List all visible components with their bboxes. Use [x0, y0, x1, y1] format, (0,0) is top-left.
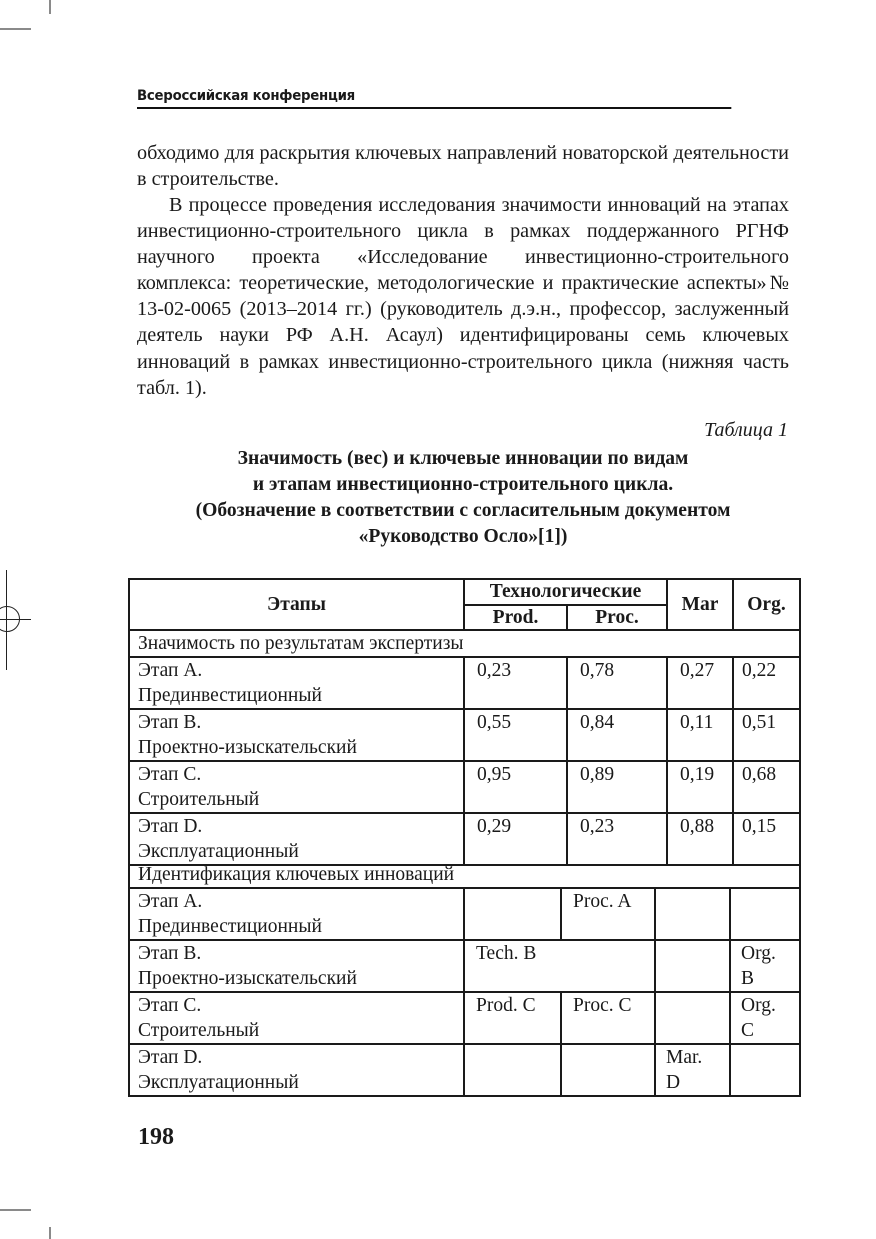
mar-innovation	[655, 940, 730, 992]
stage-label: Этап D.	[138, 814, 455, 839]
proc-innovation: Proc. C	[561, 992, 655, 1044]
prod-innovation: Prod. C	[464, 992, 561, 1044]
stage-cell: Этап С.Строительный	[129, 761, 464, 813]
running-head: Всероссийская конференция	[137, 88, 731, 109]
stage-label: Этап С.	[138, 993, 455, 1018]
caption-line: и этапам инвестиционно-строительного цик…	[128, 472, 798, 498]
org-innovation: Org.B	[730, 940, 800, 992]
stage-label: Этап В.	[138, 941, 455, 966]
stage-name: Строительный	[138, 1018, 455, 1043]
stage-label: Этап D.	[138, 1045, 455, 1070]
paragraph-continuation: обходимо для раскрытия ключевых направле…	[137, 140, 789, 192]
table-row: Этап А.Прединвестиционный 0,23 0,78 0,27…	[129, 657, 800, 709]
stage-cell: Этап В.Проектно-изыскательский	[129, 940, 464, 992]
org-label: Org.	[741, 993, 791, 1018]
org-innovation	[730, 1044, 800, 1096]
table-row: Этап D.Эксплуатационный Mar.D	[129, 1044, 800, 1096]
stage-cell: Этап А.Прединвестиционный	[129, 657, 464, 709]
org-value: 0,51	[733, 709, 800, 761]
stage-name: Прединвестиционный	[138, 683, 455, 708]
section-title-innovations: Идентификация ключевых инноваций	[129, 862, 800, 888]
innovations-table: Идентификация ключевых инноваций Этап А.…	[128, 862, 801, 1097]
stage-name: Эксплуатационный	[138, 839, 455, 864]
table-row: Этап В.Проектно-изыскательский 0,55 0,84…	[129, 709, 800, 761]
org-label: Org.	[741, 941, 791, 966]
header-stages: Этапы	[129, 579, 464, 630]
stage-cell: Этап А.Прединвестиционный	[129, 888, 464, 940]
prod-value: 0,95	[464, 761, 567, 813]
stage-name: Эксплуатационный	[138, 1070, 455, 1095]
registration-mark-vertical	[6, 570, 7, 670]
table-row: Этап С.Строительный 0,95 0,89 0,19 0,68	[129, 761, 800, 813]
significance-table: Этапы Технологические Mar Org. Prod. Pro…	[128, 578, 801, 866]
registration-mark-horizontal	[0, 619, 31, 620]
proc-value: 0,84	[567, 709, 667, 761]
org-value: 0,68	[733, 761, 800, 813]
org-value: 0,15	[733, 813, 800, 865]
table-row: Этап А.Прединвестиционный Proc. A	[129, 888, 800, 940]
mar-innovation	[655, 888, 730, 940]
org-innovation: Org.C	[730, 992, 800, 1044]
header-org: Org.	[733, 579, 800, 630]
mar-value: 0,19	[667, 761, 733, 813]
stage-label: Этап В.	[138, 710, 455, 735]
proc-innovation	[561, 1044, 655, 1096]
org-stage: B	[741, 966, 791, 991]
caption-line: «Руководство Осло»[1])	[128, 524, 798, 550]
section-row: Значимость по результатам экспертизы	[129, 630, 800, 657]
proc-innovation: Proc. A	[561, 888, 655, 940]
header-technological: Технологические	[464, 579, 667, 605]
table-caption: Значимость (вес) и ключевые инновации по…	[128, 446, 798, 550]
proc-value: 0,78	[567, 657, 667, 709]
prod-innovation	[464, 1044, 561, 1096]
org-innovation	[730, 888, 800, 940]
caption-line: Значимость (вес) и ключевые инновации по…	[128, 446, 798, 472]
paragraph-research: В процессе проведения исследования значи…	[137, 192, 789, 401]
crop-mark-top	[49, 0, 51, 14]
mar-value: 0,11	[667, 709, 733, 761]
mar-innovation: Mar.D	[655, 1044, 730, 1096]
proc-value: 0,89	[567, 761, 667, 813]
stage-name: Строительный	[138, 787, 455, 812]
stage-cell: Этап С.Строительный	[129, 992, 464, 1044]
stage-label: Этап А.	[138, 889, 455, 914]
stage-label: Этап А.	[138, 658, 455, 683]
org-stage: C	[741, 1018, 791, 1043]
proc-value: 0,23	[567, 813, 667, 865]
stage-name: Проектно-изыскательский	[138, 735, 455, 760]
section-row: Идентификация ключевых инноваций	[129, 862, 800, 888]
org-value: 0,22	[733, 657, 800, 709]
mar-value: 0,27	[667, 657, 733, 709]
prod-value: 0,55	[464, 709, 567, 761]
mar-innovation	[655, 992, 730, 1044]
table-label: Таблица 1	[704, 419, 788, 442]
tech-innovation: Tech. B	[464, 940, 655, 992]
caption-line: (Обозначение в соответствии с согласител…	[128, 498, 798, 524]
crop-mark-top-left	[0, 28, 31, 30]
prod-value: 0,23	[464, 657, 567, 709]
header-proc: Proc.	[567, 605, 667, 630]
stage-cell: Этап D.Эксплуатационный	[129, 1044, 464, 1096]
table-header-row: Этапы Технологические Mar Org.	[129, 579, 800, 605]
table-row: Этап С.Строительный Prod. C Proc. C Org.…	[129, 992, 800, 1044]
table-row: Этап D.Эксплуатационный 0,29 0,23 0,88 0…	[129, 813, 800, 865]
stage-cell: Этап В.Проектно-изыскательский	[129, 709, 464, 761]
page-number: 198	[138, 1124, 174, 1151]
mar-label: Mar.	[666, 1045, 721, 1070]
stage-cell: Этап D.Эксплуатационный	[129, 813, 464, 865]
mar-stage: D	[666, 1070, 721, 1095]
table-row: Этап В.Проектно-изыскательский Tech. B O…	[129, 940, 800, 992]
header-mar: Mar	[667, 579, 733, 630]
stage-name: Проектно-изыскательский	[138, 966, 455, 991]
stage-label: Этап С.	[138, 762, 455, 787]
mar-value: 0,88	[667, 813, 733, 865]
header-prod: Prod.	[464, 605, 567, 630]
crop-mark-bottom	[49, 1227, 51, 1239]
prod-value: 0,29	[464, 813, 567, 865]
prod-innovation	[464, 888, 561, 940]
stage-name: Прединвестиционный	[138, 914, 455, 939]
crop-mark-bottom-left	[0, 1209, 31, 1211]
section-title-significance: Значимость по результатам экспертизы	[129, 630, 800, 657]
